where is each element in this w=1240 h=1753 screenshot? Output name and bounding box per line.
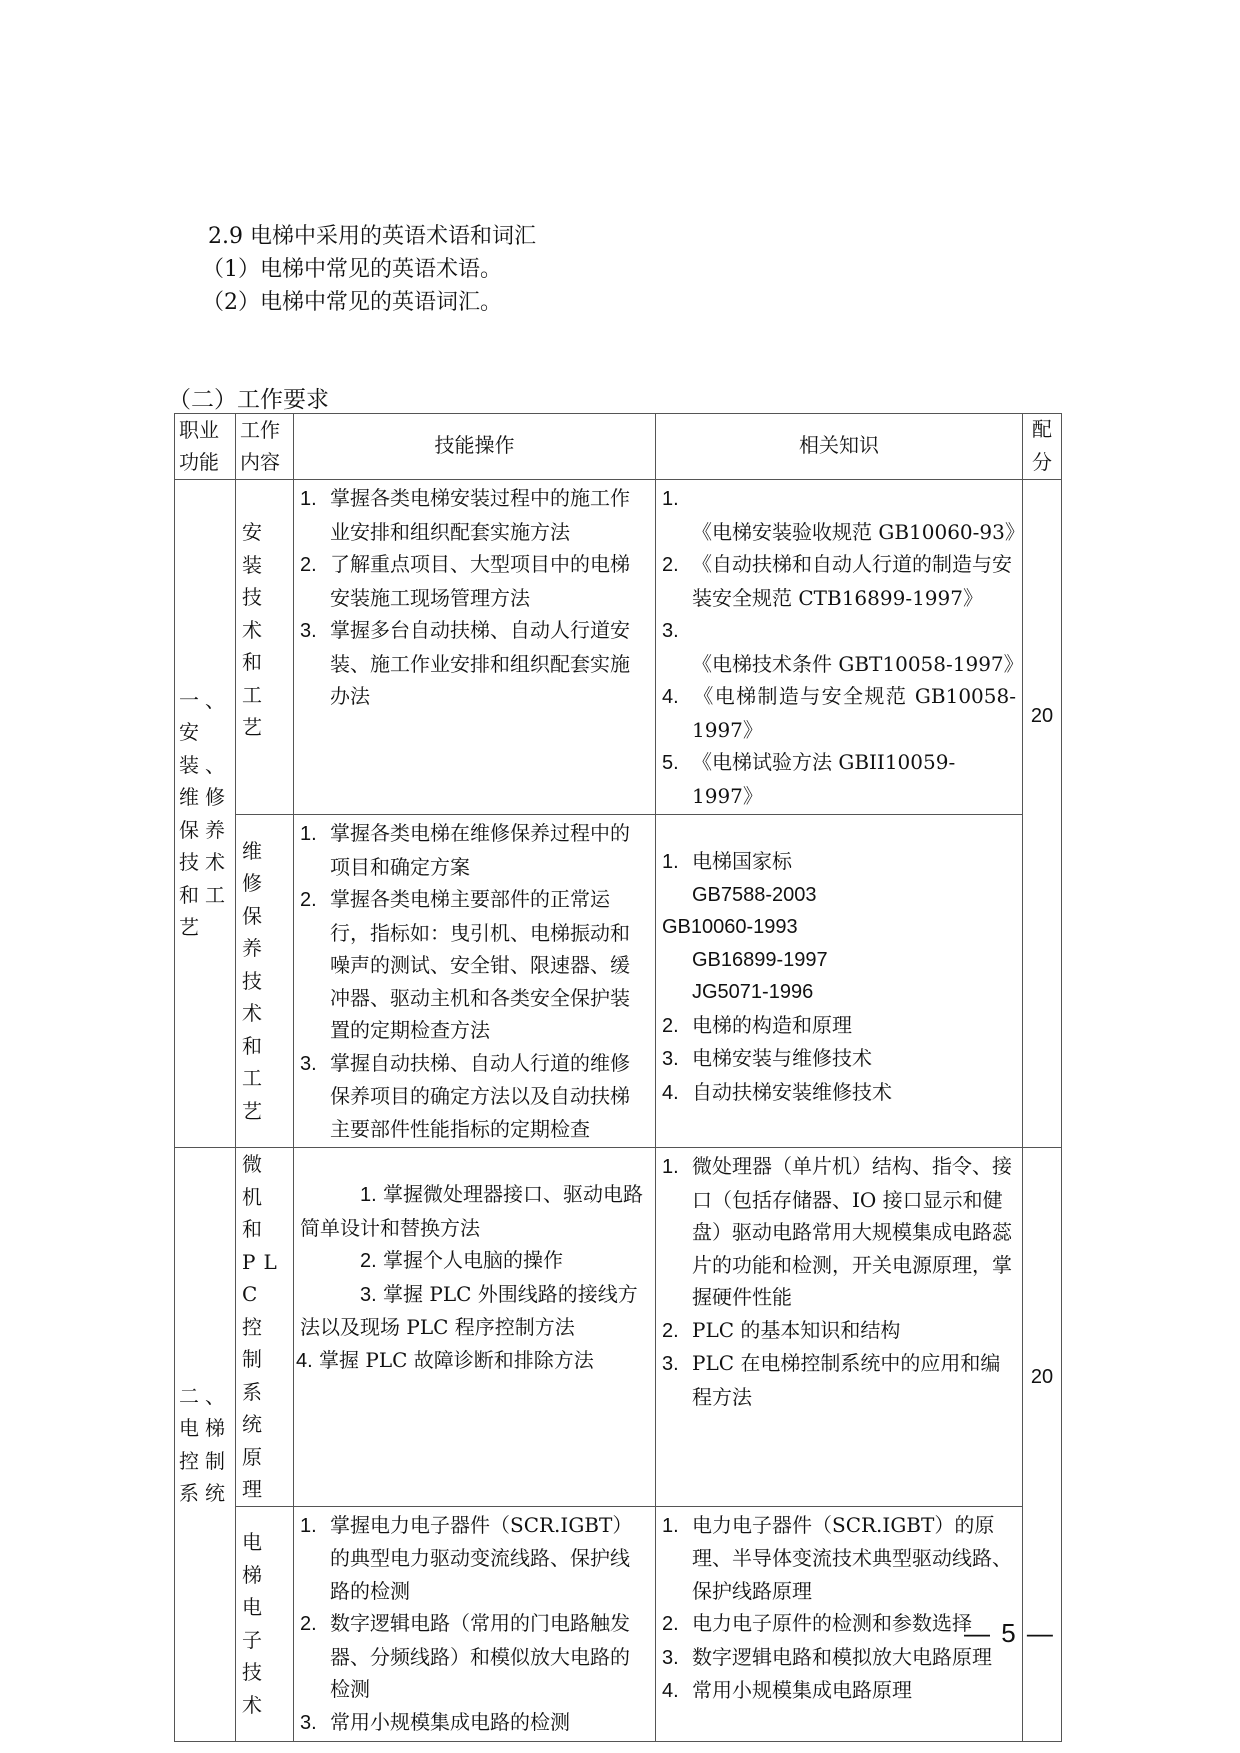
- list-item: JG5071-1996: [662, 976, 1016, 1009]
- item-text: 掌握 PLC 外围线路的接线方法以及现场 PLC 程序控制方法: [300, 1282, 638, 1340]
- list-item: 3.PLC 在电梯控制系统中的应用和编程方法: [662, 1347, 1016, 1413]
- header-skills: 技能操作: [294, 414, 656, 480]
- work-requirements-table: 职业 功能 工作 内容 技能操作 相关知识 配 分 一、安装、维修保养技术和工艺…: [174, 413, 1062, 1742]
- table-row: 电梯电子技术 1.掌握电力电子器件（SCR.IGBT）的典型电力驱动变流线路、保…: [175, 1506, 1062, 1742]
- item-text: 掌握 PLC 故障诊断和排除方法: [319, 1348, 594, 1372]
- header-function-line1: 职业: [179, 415, 231, 447]
- item-number: 1.: [662, 846, 692, 879]
- list-item: 1.《电梯安装验收规范 GB10060-93》: [662, 482, 1016, 548]
- content-cell: 电梯电子技术: [236, 1506, 294, 1742]
- list-item: GB10060-1993: [662, 911, 1016, 944]
- header-score: 配 分: [1023, 414, 1062, 480]
- list-item: 2.数字逻辑电路（常用的门电路触发器、分频线路）和模似放大电路的检测: [300, 1607, 649, 1706]
- list-item: 2.了解重点项目、大型项目中的电梯安装施工现场管理方法: [300, 548, 649, 614]
- item-number: 2.: [360, 1250, 377, 1272]
- list-item: 5.《电梯试验方法 GBII10059-1997》: [662, 746, 1016, 812]
- list-item: GB16899-1997: [662, 944, 1016, 977]
- item-number: 2.: [300, 1608, 330, 1641]
- item-number: 3.: [662, 615, 692, 648]
- list-item: 1.电梯国家标: [662, 845, 1016, 879]
- list-item: 2.电力电子原件的检测和参数选择: [662, 1607, 1016, 1641]
- list-item: 1.掌握各类电梯在维修保养过程中的项目和确定方案: [300, 817, 649, 883]
- item-text: 电力电子器件（SCR.IGBT）的原理、半导体变流技术典型驱动线路、保护线路原理: [692, 1513, 1012, 1603]
- section-title: （二）工作要求: [168, 381, 329, 414]
- item-text: 常用小规模集成电路原理: [692, 1678, 912, 1702]
- item-text: 电梯安装与维修技术: [692, 1046, 872, 1070]
- item-number: 4.: [662, 1077, 692, 1110]
- item-number: 2.: [662, 549, 692, 582]
- page-number: — 5 —: [964, 1618, 1055, 1649]
- item-text: PLC 在电梯控制系统中的应用和编程方法: [692, 1351, 1000, 1409]
- document-page: 2.9 电梯中采用的英语术语和词汇 （1）电梯中常见的英语术语。 （2）电梯中常…: [0, 0, 1240, 1753]
- list-item: 2. 掌握个人电脑的操作: [300, 1244, 649, 1278]
- skills-cell: 1. 掌握微处理器接口、驱动电路简单设计和替换方法 2. 掌握个人电脑的操作 3…: [294, 1148, 656, 1507]
- item-number: 3.: [360, 1284, 377, 1306]
- header-function-line2: 功能: [179, 447, 231, 479]
- item-number: 3.: [662, 1642, 692, 1675]
- item-text: 《电梯技术条件 GBT10058-1997》: [692, 652, 1024, 676]
- item-number: 2.: [662, 1608, 692, 1641]
- list-item: GB7588-2003: [662, 879, 1016, 912]
- item-text: 电梯的构造和原理: [692, 1013, 852, 1037]
- item-text: 电梯国家标: [692, 849, 792, 873]
- content-cell: 微机和PLC控制系统原理: [236, 1148, 294, 1507]
- item-number: 2.: [662, 1315, 692, 1348]
- intro-heading: 2.9 电梯中采用的英语术语和词汇: [208, 220, 536, 253]
- intro-item-1: （1）电梯中常见的英语术语。: [198, 253, 536, 286]
- item-number: 2.: [662, 1010, 692, 1043]
- header-score-line2: 分: [1023, 447, 1061, 480]
- item-number: 1.: [662, 1510, 692, 1543]
- list-item: 4. 掌握 PLC 故障诊断和排除方法: [296, 1344, 649, 1378]
- table-row: 维修保养技术和工艺 1.掌握各类电梯在维修保养过程中的项目和确定方案 2.掌握各…: [175, 815, 1062, 1148]
- item-text: 掌握微处理器接口、驱动电路简单设计和替换方法: [300, 1182, 643, 1240]
- item-number: 4.: [662, 681, 692, 714]
- item-number: 1.: [662, 483, 692, 516]
- item-text: 《电梯制造与安全规范 GB10058-1997》: [692, 684, 1016, 742]
- item-number: 1.: [300, 483, 330, 516]
- knowledge-cell: 1.《电梯安装验收规范 GB10060-93》 2.《自动扶梯和自动人行道的制造…: [656, 480, 1023, 815]
- list-item: 2.掌握各类电梯主要部件的正常运行，指标如：曳引机、电梯振动和噪声的测试、安全钳…: [300, 883, 649, 1047]
- list-item: 2.PLC 的基本知识和结构: [662, 1314, 1016, 1348]
- item-number: 3.: [662, 1348, 692, 1381]
- item-number: 1.: [662, 1151, 692, 1184]
- item-text: 自动扶梯安装维修技术: [692, 1080, 892, 1104]
- knowledge-cell: 1.电梯国家标 GB7588-2003 GB10060-1993 GB16899…: [656, 815, 1023, 1148]
- table-header-row: 职业 功能 工作 内容 技能操作 相关知识 配 分: [175, 414, 1062, 480]
- intro-item-2: （2）电梯中常见的英语词汇。: [198, 286, 536, 319]
- item-text: 掌握各类电梯安装过程中的施工作业安排和组织配套实施方法: [330, 486, 630, 544]
- header-content-line2: 内容: [240, 447, 289, 479]
- item-text: 掌握各类电梯主要部件的正常运行，指标如：曳引机、电梯振动和噪声的测试、安全钳、限…: [330, 887, 630, 1042]
- content-cell: 维修保养技术和工艺: [236, 815, 294, 1148]
- item-number: 1.: [300, 1510, 330, 1543]
- list-item: 2.《自动扶梯和自动人行道的制造与安装安全规范 CTB16899-1997》: [662, 548, 1016, 614]
- list-item: 3.数字逻辑电路和模拟放大电路原理: [662, 1641, 1016, 1675]
- list-item: 2.电梯的构造和原理: [662, 1009, 1016, 1043]
- item-text: 《电梯安装验收规范 GB10060-93》: [692, 520, 1025, 544]
- list-item: 3.掌握多台自动扶梯、自动人行道安装、施工作业安排和组织配套实施办法: [300, 614, 649, 713]
- item-number: 4.: [662, 1675, 692, 1708]
- header-score-line1: 配: [1023, 414, 1061, 447]
- list-item: 4.自动扶梯安装维修技术: [662, 1076, 1016, 1110]
- list-item: 1.掌握电力电子器件（SCR.IGBT）的典型电力驱动变流线路、保护线路的检测: [300, 1509, 649, 1608]
- item-text: 掌握多台自动扶梯、自动人行道安装、施工作业安排和组织配套实施办法: [330, 618, 630, 708]
- header-knowledge: 相关知识: [656, 414, 1023, 480]
- skills-cell: 1.掌握电力电子器件（SCR.IGBT）的典型电力驱动变流线路、保护线路的检测 …: [294, 1506, 656, 1742]
- header-content: 工作 内容: [236, 414, 294, 480]
- function-cell: 二、电梯控制系统: [175, 1148, 236, 1742]
- list-item: 3.常用小规模集成电路的检测: [300, 1706, 649, 1740]
- item-number: 5.: [662, 747, 692, 780]
- list-item: 3. 掌握 PLC 外围线路的接线方法以及现场 PLC 程序控制方法: [300, 1278, 649, 1344]
- item-text: PLC 的基本知识和结构: [692, 1318, 900, 1342]
- item-text: 数字逻辑电路和模拟放大电路原理: [692, 1645, 992, 1669]
- item-number: 3.: [300, 1048, 330, 1081]
- list-item: 3.《电梯技术条件 GBT10058-1997》: [662, 614, 1016, 680]
- item-text: 掌握自动扶梯、自动人行道的维修保养项目的确定方法以及自动扶梯主要部件性能指标的定…: [330, 1051, 630, 1141]
- list-item: 1. 掌握微处理器接口、驱动电路简单设计和替换方法: [300, 1178, 649, 1244]
- skills-cell: 1.掌握各类电梯在维修保养过程中的项目和确定方案 2.掌握各类电梯主要部件的正常…: [294, 815, 656, 1148]
- list-item: 1.电力电子器件（SCR.IGBT）的原理、半导体变流技术典型驱动线路、保护线路…: [662, 1509, 1016, 1608]
- header-content-line1: 工作: [240, 415, 289, 447]
- list-item: 4.《电梯制造与安全规范 GB10058-1997》: [662, 680, 1016, 746]
- list-item: 4.常用小规模集成电路原理: [662, 1674, 1016, 1708]
- item-number: 3.: [300, 1707, 330, 1740]
- score-cell: 20: [1023, 1148, 1062, 1742]
- item-number: 1.: [360, 1184, 377, 1206]
- skills-cell: 1.掌握各类电梯安装过程中的施工作业安排和组织配套实施方法 2.了解重点项目、大…: [294, 480, 656, 815]
- knowledge-cell: 1.微处理器（单片机）结构、指令、接口（包括存储器、IO 接口显示和健盘）驱动电…: [656, 1148, 1023, 1507]
- item-text: 《电梯试验方法 GBII10059-1997》: [692, 750, 955, 808]
- table-row: 二、电梯控制系统 微机和PLC控制系统原理 1. 掌握微处理器接口、驱动电路简单…: [175, 1148, 1062, 1507]
- content-cell: 安装技术和工艺: [236, 480, 294, 815]
- item-text: 掌握各类电梯在维修保养过程中的项目和确定方案: [330, 821, 630, 879]
- item-number: 1.: [300, 818, 330, 851]
- item-number: 4.: [296, 1350, 313, 1372]
- item-text: 了解重点项目、大型项目中的电梯安装施工现场管理方法: [330, 552, 630, 610]
- item-text: 掌握电力电子器件（SCR.IGBT）的典型电力驱动变流线路、保护线路的检测: [330, 1513, 632, 1603]
- item-text: 电力电子原件的检测和参数选择: [692, 1611, 972, 1635]
- item-text: 微处理器（单片机）结构、指令、接口（包括存储器、IO 接口显示和健盘）驱动电路常…: [692, 1154, 1012, 1309]
- table-row: 一、安装、维修保养技术和工艺 安装技术和工艺 1.掌握各类电梯安装过程中的施工作…: [175, 480, 1062, 815]
- item-number: 3.: [662, 1043, 692, 1076]
- list-item: 3.掌握自动扶梯、自动人行道的维修保养项目的确定方法以及自动扶梯主要部件性能指标…: [300, 1047, 649, 1146]
- function-cell: 一、安装、维修保养技术和工艺: [175, 480, 236, 1148]
- item-text: 数字逻辑电路（常用的门电路触发器、分频线路）和模似放大电路的检测: [330, 1611, 630, 1701]
- header-function: 职业 功能: [175, 414, 236, 480]
- item-text: 掌握个人电脑的操作: [383, 1248, 563, 1272]
- list-item: 1.微处理器（单片机）结构、指令、接口（包括存储器、IO 接口显示和健盘）驱动电…: [662, 1150, 1016, 1314]
- score-cell: 20: [1023, 480, 1062, 1148]
- item-text: 《自动扶梯和自动人行道的制造与安装安全规范 CTB16899-1997》: [692, 552, 1012, 610]
- intro-section: 2.9 电梯中采用的英语术语和词汇 （1）电梯中常见的英语术语。 （2）电梯中常…: [208, 220, 536, 319]
- list-item: 1.掌握各类电梯安装过程中的施工作业安排和组织配套实施方法: [300, 482, 649, 548]
- item-number: 2.: [300, 549, 330, 582]
- list-item: 3.电梯安装与维修技术: [662, 1042, 1016, 1076]
- item-number: 2.: [300, 884, 330, 917]
- item-number: 3.: [300, 615, 330, 648]
- item-text: 常用小规模集成电路的检测: [330, 1710, 570, 1734]
